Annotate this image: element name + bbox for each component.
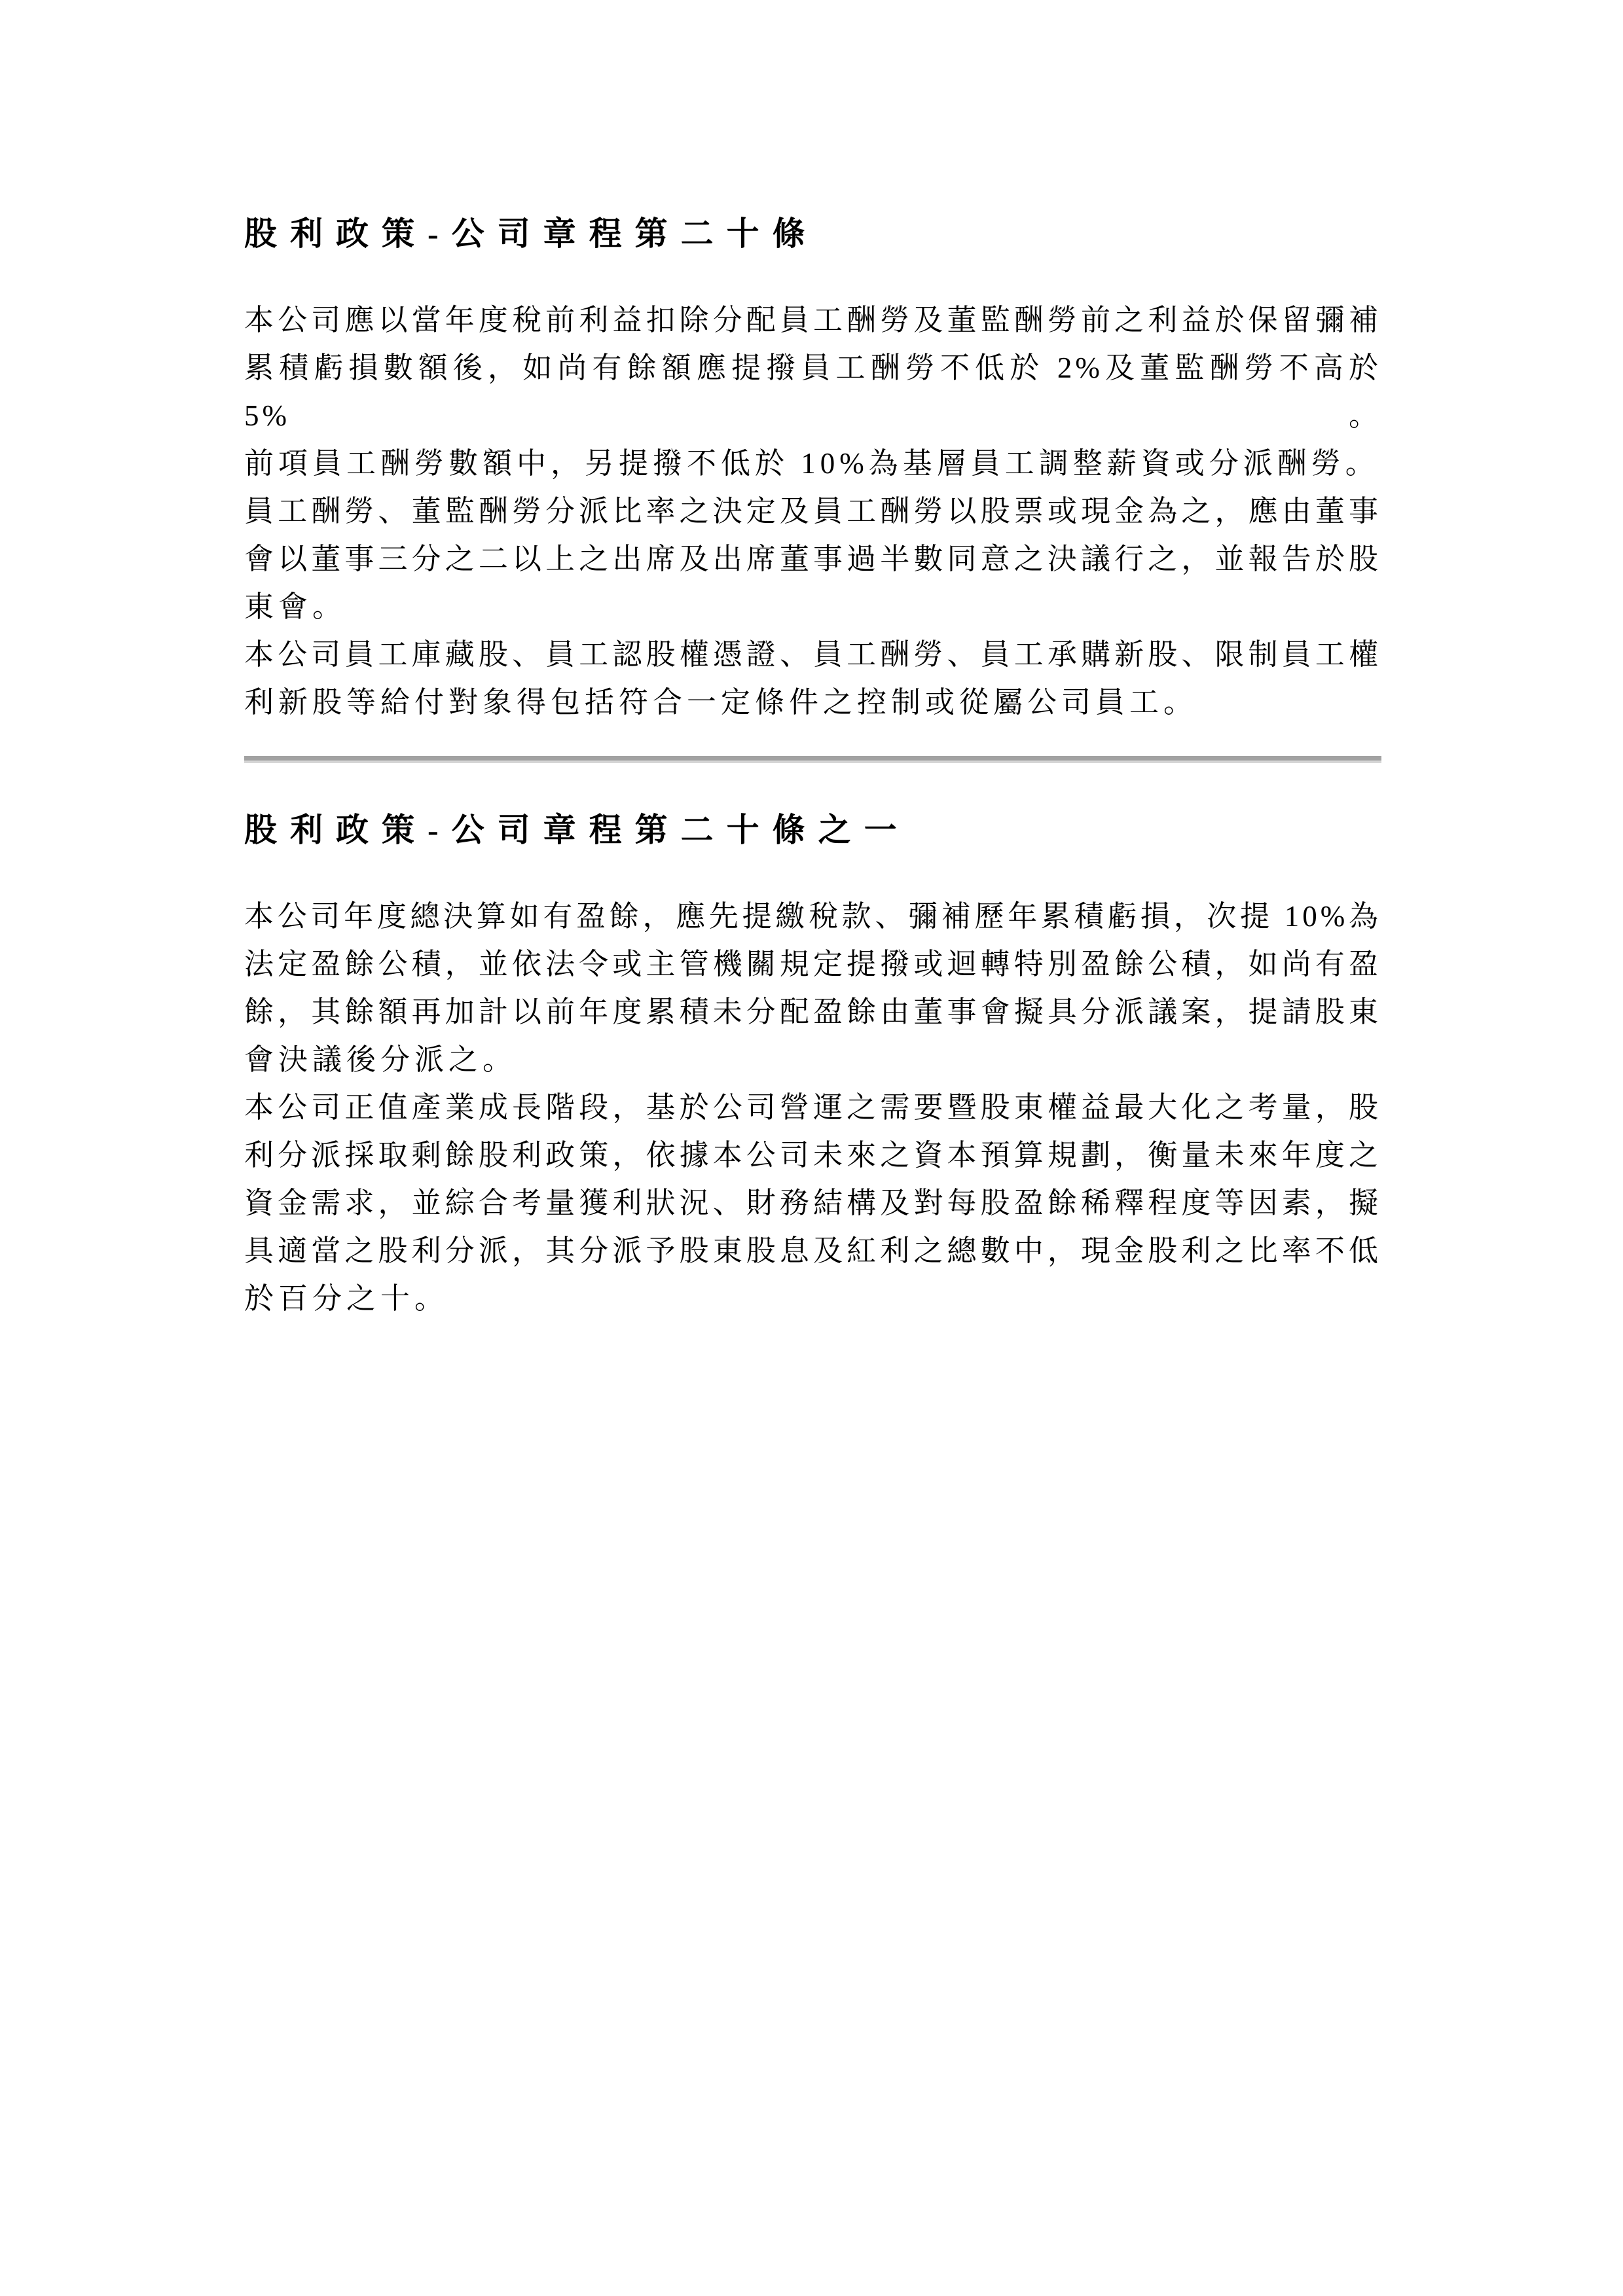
- paragraph-line: 東會。: [244, 583, 1381, 631]
- paragraph-line: 於百分之十。: [244, 1275, 1381, 1323]
- paragraph-line: 累積虧損數額後，如尚有餘額應提撥員工酬勞不低於 2%及董監酬勞不高於 5%。: [244, 344, 1381, 440]
- paragraph-line: 具適當之股利分派，其分派予股東股息及紅利之總數中，現金股利之比率不低: [244, 1227, 1381, 1275]
- paragraph-line: 本公司應以當年度稅前利益扣除分配員工酬勞及董監酬勞前之利益於保留彌補: [244, 296, 1381, 344]
- section-divider: [244, 756, 1381, 763]
- paragraph-line: 前項員工酬勞數額中，另提撥不低於 10%為基層員工調整薪資或分派酬勞。: [244, 440, 1381, 488]
- paragraph-line: 餘，其餘額再加計以前年度累積未分配盈餘由董事會擬具分派議案，提請股東: [244, 988, 1381, 1036]
- paragraph-line: 會決議後分派之。: [244, 1036, 1381, 1084]
- section-body: 本公司年度總決算如有盈餘，應先提繳稅款、彌補歷年累積虧損，次提 10%為法定盈餘…: [244, 893, 1381, 1323]
- paragraph-line: 利分派採取剩餘股利政策，依據本公司未來之資本預算規劃，衡量未來年度之: [244, 1132, 1381, 1179]
- paragraph-line: 本公司員工庫藏股、員工認股權憑證、員工酬勞、員工承購新股、限制員工權: [244, 631, 1381, 679]
- paragraph-line: 本公司年度總決算如有盈餘，應先提繳稅款、彌補歷年累積虧損，次提 10%為: [244, 893, 1381, 941]
- section-heading: 股利政策-公司章程第二十條之一: [244, 812, 1381, 848]
- paragraph-line: 本公司正值產業成長階段，基於公司營運之需要暨股東權益最大化之考量，股: [244, 1084, 1381, 1132]
- section-body: 本公司應以當年度稅前利益扣除分配員工酬勞及董監酬勞前之利益於保留彌補累積虧損數額…: [244, 296, 1381, 726]
- paragraph-line: 會以董事三分之二以上之出席及出席董事過半數同意之決議行之，並報告於股: [244, 535, 1381, 583]
- document-content: 股利政策-公司章程第二十條本公司應以當年度稅前利益扣除分配員工酬勞及董監酬勞前之…: [244, 215, 1381, 1323]
- paragraph-line: 法定盈餘公積，並依法令或主管機關規定提撥或迴轉特別盈餘公積，如尚有盈: [244, 941, 1381, 988]
- paragraph-line: 利新股等給付對象得包括符合一定條件之控制或從屬公司員工。: [244, 679, 1381, 726]
- section-heading: 股利政策-公司章程第二十條: [244, 215, 1381, 252]
- paragraph-line: 資金需求，並綜合考量獲利狀況、財務結構及對每股盈餘稀釋程度等因素，擬: [244, 1179, 1381, 1227]
- paragraph-line: 員工酬勞、董監酬勞分派比率之決定及員工酬勞以股票或現金為之，應由董事: [244, 488, 1381, 535]
- document-page: 股利政策-公司章程第二十條本公司應以當年度稅前利益扣除分配員工酬勞及董監酬勞前之…: [0, 0, 1623, 2296]
